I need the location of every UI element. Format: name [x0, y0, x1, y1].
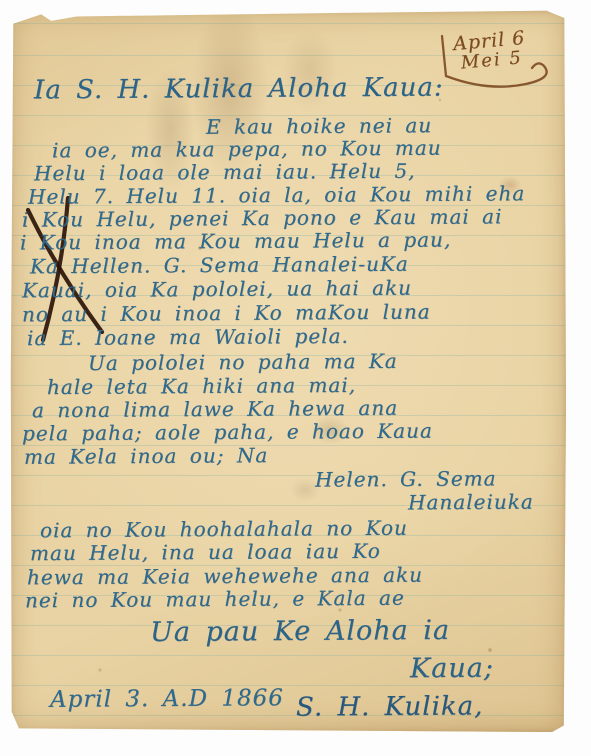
- letter-line: Helu i loaa ole mai iau. Helu 5,: [34, 159, 416, 186]
- letter-line: ma Kela inoa ou; Na: [24, 443, 268, 469]
- letter-line: mau Helu, ina ua loaa iau Ko: [30, 539, 381, 565]
- letter-line: hale leta Ka hiki ana mai,: [47, 373, 356, 399]
- letter-line: Kauai, oia Ka pololei, ua hai aku: [22, 276, 412, 303]
- letter-line: Ka Hellen. G. Sema Hanalei-uKa: [30, 252, 409, 279]
- attribution-place: Hanaleiuka: [408, 490, 534, 515]
- attribution-name: Helen. G. Sema: [315, 466, 497, 491]
- letter-line: no au i Kou inoa i Ko maKou luna: [22, 300, 431, 327]
- letter-line: ia E. Ioane ma Waioli pela.: [27, 324, 349, 350]
- letter-line: pela paha; aole paha, e hoao Kaua: [22, 419, 433, 446]
- letter-line: nei no Kou mau helu, e Kala ae: [25, 586, 405, 613]
- letter-page: April 6 Mei 5 Ia S. H. Kulika Aloha Kaua…: [10, 10, 566, 732]
- letter-line: i Kou inoa ma Kou mau Helu a pau,: [20, 227, 451, 254]
- scan-background: April 6 Mei 5 Ia S. H. Kulika Aloha Kaua…: [0, 0, 591, 756]
- closing-line-2: Kaua;: [410, 653, 494, 685]
- letter-line: Ua pololei no paha ma Ka: [88, 349, 398, 375]
- closing-line-1: Ua pau Ke Aloha ia: [150, 615, 450, 648]
- signature: S. H. Kulika,: [296, 691, 484, 722]
- annotation-line-2: Mei 5: [460, 49, 528, 74]
- date-annotation: April 6 Mei 5: [452, 29, 527, 74]
- date-line: April 3. A.D 1866: [50, 685, 284, 713]
- salutation-line: Ia S. H. Kulika Aloha Kaua:: [34, 73, 444, 106]
